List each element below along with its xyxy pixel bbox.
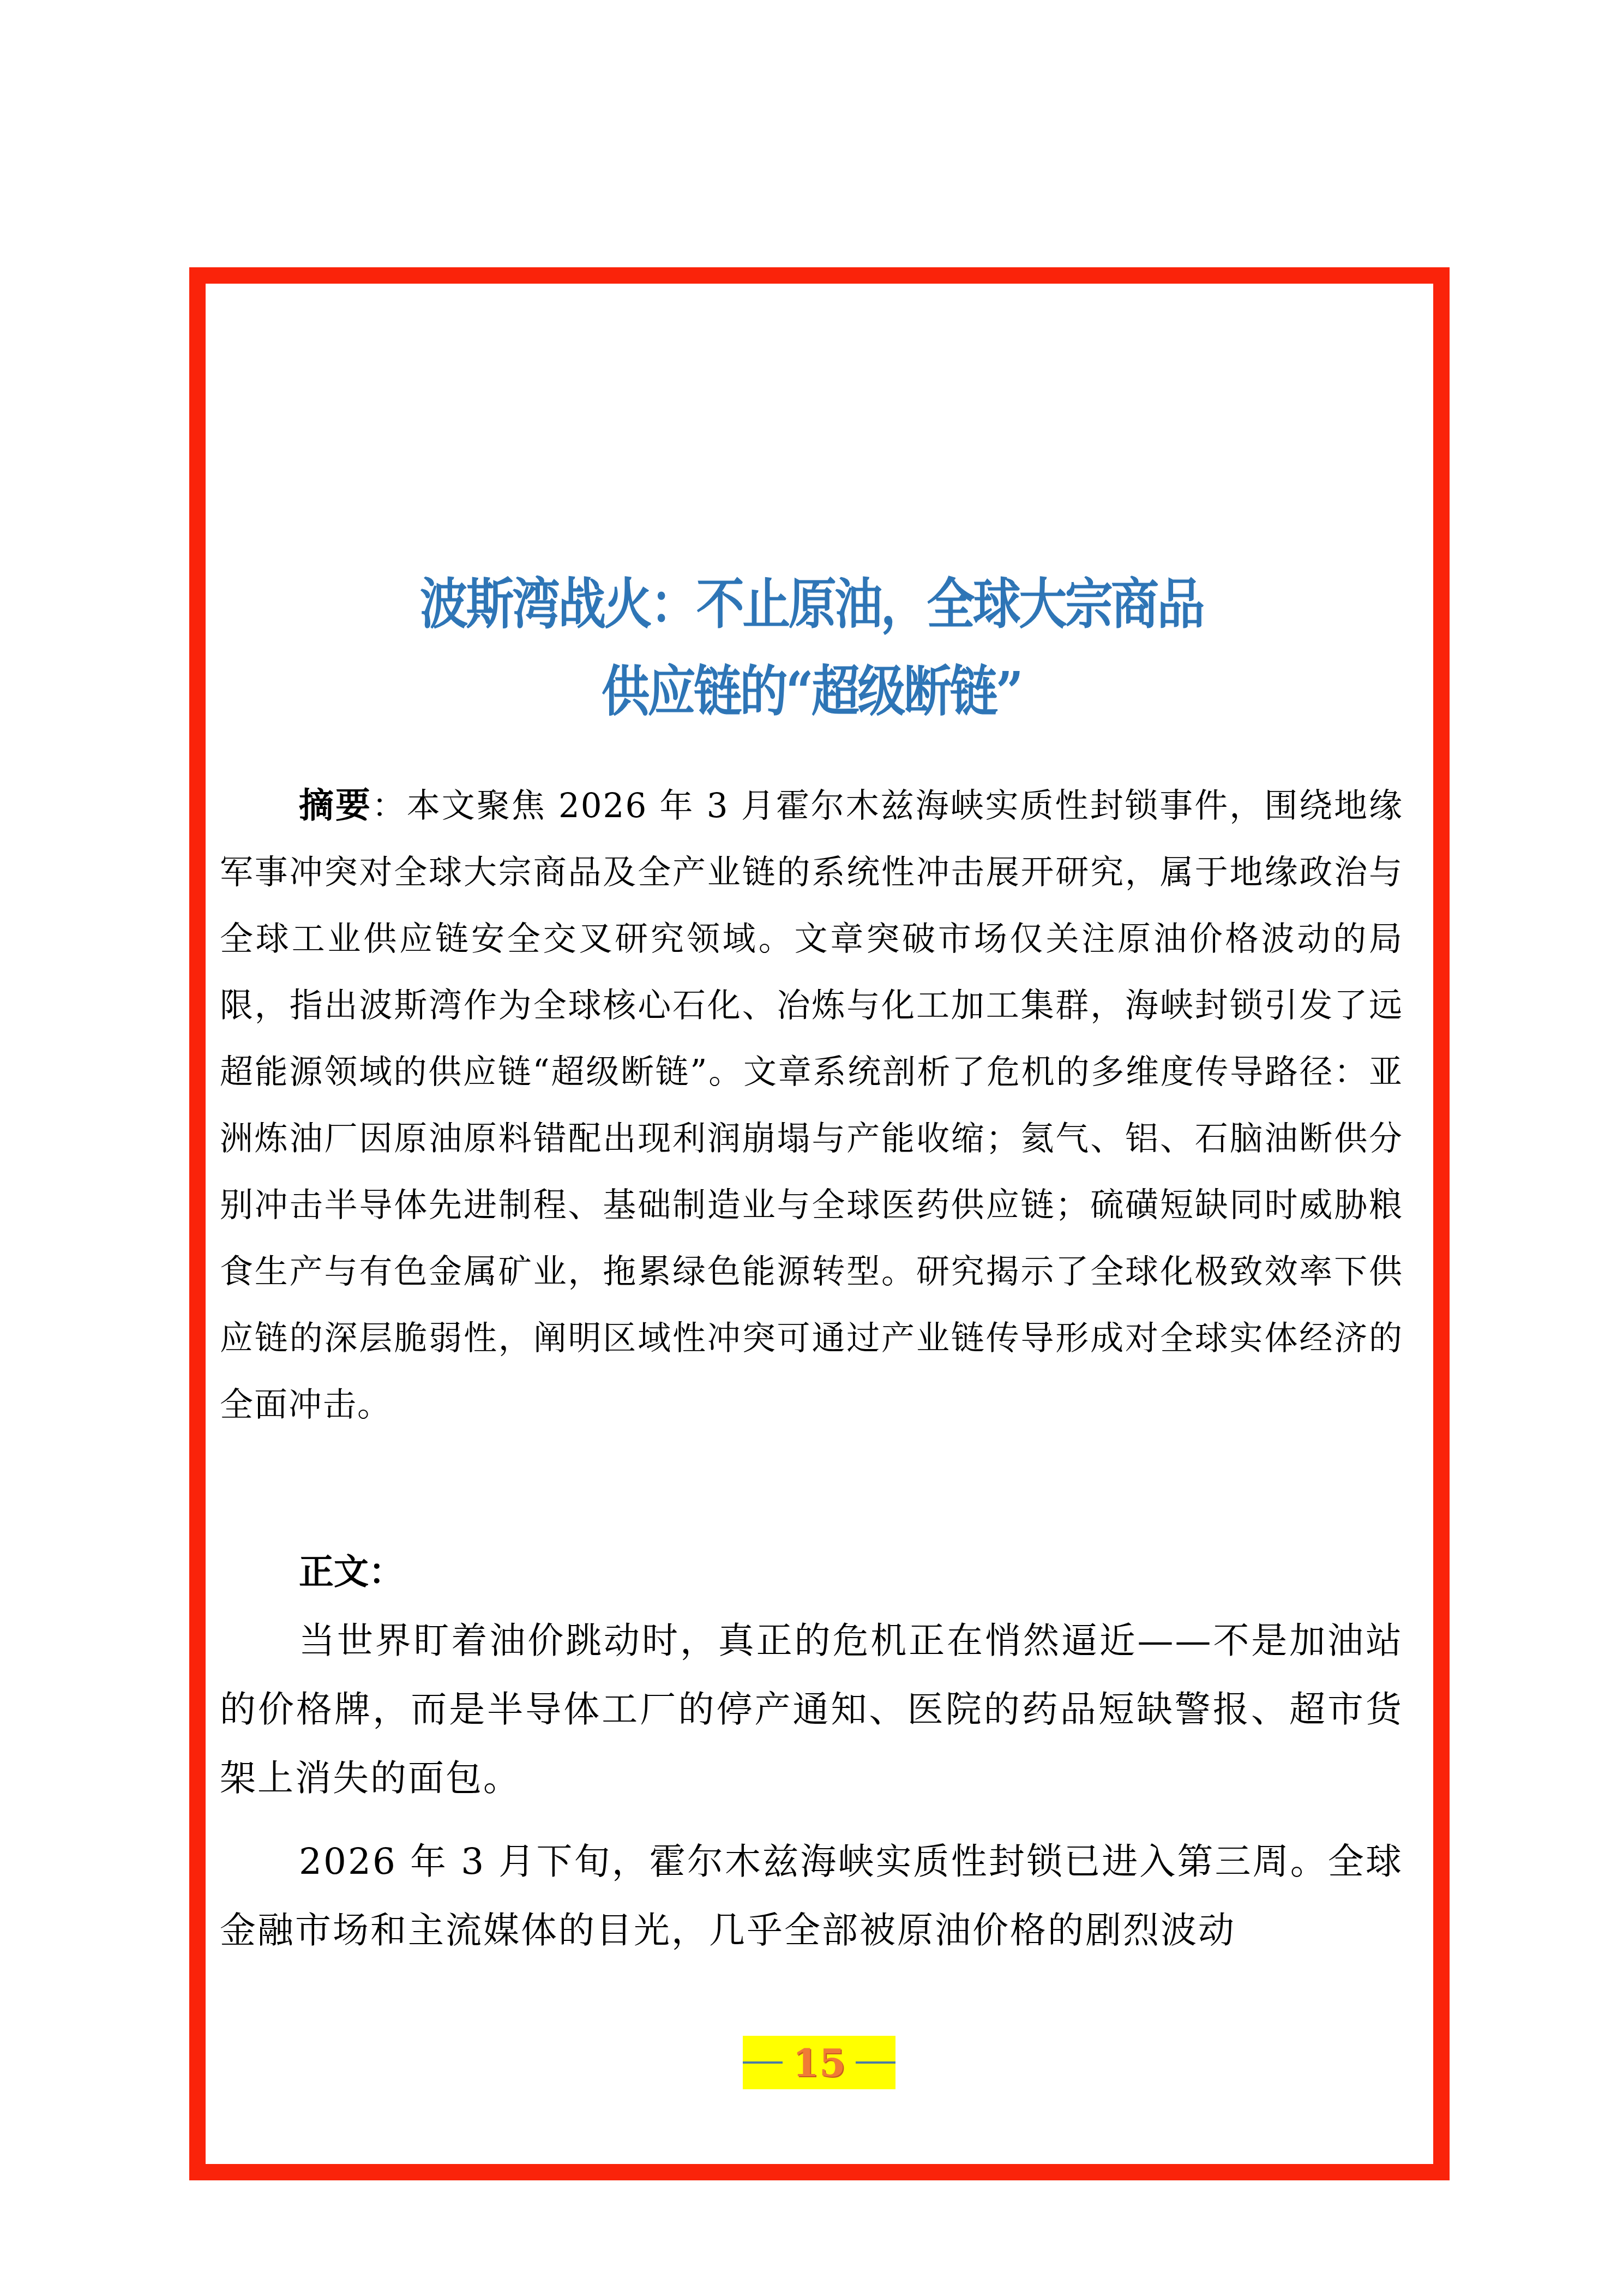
abstract-paragraph: 摘要：本文聚焦 2026 年 3 月霍尔木兹海峡实质性封锁事件，围绕地缘军事冲突… xyxy=(220,772,1403,1438)
page-number-badge: 15 xyxy=(743,2036,895,2089)
body-paragraph-2: 2026 年 3 月下旬，霍尔木兹海峡实质性封锁已进入第三周。全球金融市场和主流… xyxy=(220,1827,1403,1965)
document-title-line2: 供应链的“超级断链” xyxy=(98,664,1526,718)
document-title-line1: 波斯湾战火：不止原油，全球大宗商品 xyxy=(98,577,1526,631)
right-dash-decoration xyxy=(856,2061,895,2064)
abstract-text: 本文聚焦 2026 年 3 月霍尔木兹海峡实质性封锁事件，围绕地缘军事冲突对全球… xyxy=(220,787,1403,1424)
body-section-heading: 正文： xyxy=(299,1544,404,1594)
body-paragraph-1: 当世界盯着油价跳动时，真正的危机正在悄然逼近——不是加油站的价格牌，而是半导体工… xyxy=(220,1606,1403,1813)
left-dash-decoration xyxy=(743,2061,783,2064)
abstract-colon: ： xyxy=(372,787,407,825)
abstract-label: 摘要 xyxy=(299,786,372,826)
page-number: 15 xyxy=(792,2040,845,2085)
